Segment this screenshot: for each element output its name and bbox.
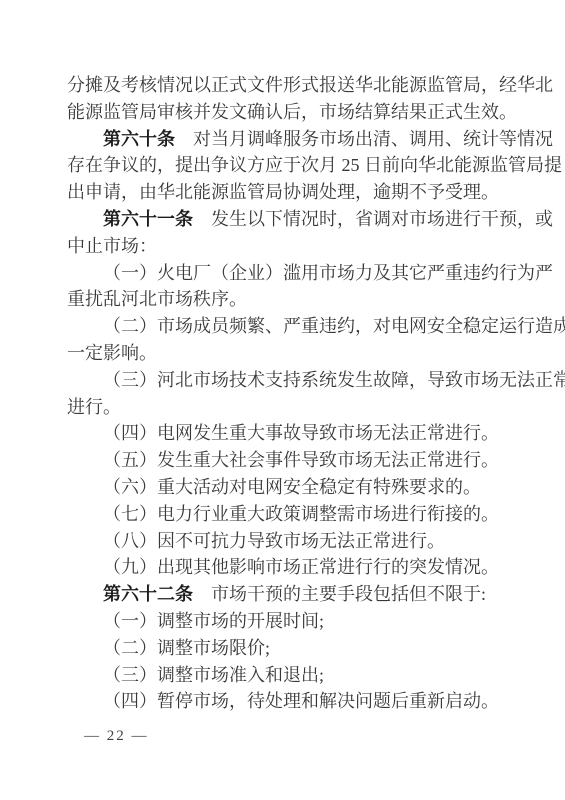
text-segment: 发生以下情况时，省调对市场进行干预，或 xyxy=(193,209,553,229)
text-segment: 重扰乱河北市场秩序。 xyxy=(67,289,247,309)
text-segment: （二）市场成员频繁、严重违约，对电网安全稳定运行造成 xyxy=(103,316,565,336)
text-segment: （四）暂停市场，待处理和解决问题后重新启动。 xyxy=(103,691,499,711)
document-body: 分摊及考核情况以正式文件形式报送华北能源监管局，经华北能源监管局审核并发文确认后… xyxy=(67,72,501,715)
text-segment: （五）发生重大社会事件导致市场无法正常进行。 xyxy=(103,450,499,470)
text-line: （七）电力行业重大政策调整需市场进行衔接的。 xyxy=(67,501,501,528)
text-line: 重扰乱河北市场秩序。 xyxy=(67,286,501,313)
text-line: （一）调整市场的开展时间; xyxy=(67,608,501,635)
text-line: （六）重大活动对电网安全稳定有特殊要求的。 xyxy=(67,474,501,501)
text-segment: 对当月调峰服务市场出清、调用、统计等情况 xyxy=(175,129,553,149)
text-segment: （一）调整市场的开展时间; xyxy=(103,611,324,631)
text-segment: （一）火电厂（企业）滥用市场力及其它严重违约行为严 xyxy=(103,263,553,283)
text-line: 第六十二条 市场干预的主要手段包括但不限于: xyxy=(67,581,501,608)
text-line: （九）出现其他影响市场正常进行行的突发情况。 xyxy=(67,554,501,581)
text-line: （三）河北市场技术支持系统发生故障，导致市场无法正常 xyxy=(67,367,501,394)
text-line: 出申请，由华北能源监管局协调处理，逾期不予受理。 xyxy=(67,179,501,206)
text-line: 存在争议的，提出争议方应于次月 25 日前向华北能源监管局提 xyxy=(67,152,501,179)
text-segment: （九）出现其他影响市场正常进行行的突发情况。 xyxy=(103,557,499,577)
text-line: 第六十条 对当月调峰服务市场出清、调用、统计等情况 xyxy=(67,126,501,153)
text-line: 中止市场： xyxy=(67,233,501,260)
text-segment: （三）河北市场技术支持系统发生故障，导致市场无法正常 xyxy=(103,370,565,390)
page-number: — 22 — xyxy=(84,728,149,745)
text-segment: （八）因不可抗力导致市场无法正常进行。 xyxy=(103,531,445,551)
text-segment: 中止市场： xyxy=(67,236,157,256)
article-heading: 第六十一条 xyxy=(103,209,193,229)
text-line: 分摊及考核情况以正式文件形式报送华北能源监管局，经华北 xyxy=(67,72,501,99)
text-segment: 出申请，由华北能源监管局协调处理，逾期不予受理。 xyxy=(67,182,499,202)
text-line: 进行。 xyxy=(67,394,501,421)
article-heading: 第六十二条 xyxy=(103,584,193,604)
text-segment: （六）重大活动对电网安全稳定有特殊要求的。 xyxy=(103,477,481,497)
text-line: （八）因不可抗力导致市场无法正常进行。 xyxy=(67,528,501,555)
text-segment: 能源监管局审核并发文确认后，市场结算结果正式生效。 xyxy=(67,102,517,122)
text-segment: （七）电力行业重大政策调整需市场进行衔接的。 xyxy=(103,504,499,524)
text-line: （五）发生重大社会事件导致市场无法正常进行。 xyxy=(67,447,501,474)
document-page: 分摊及考核情况以正式文件形式报送华北能源监管局，经华北能源监管局审核并发文确认后… xyxy=(0,0,565,800)
text-segment: 进行。 xyxy=(67,397,121,417)
text-segment: 一定影响。 xyxy=(67,343,157,363)
text-line: 一定影响。 xyxy=(67,340,501,367)
text-segment: （四）电网发生重大事故导致市场无法正常进行。 xyxy=(103,423,499,443)
text-segment: 市场干预的主要手段包括但不限于: xyxy=(193,584,486,604)
text-segment: 存在争议的，提出争议方应于次月 25 日前向华北能源监管局提 xyxy=(67,155,562,175)
text-line: （三）调整市场准入和退出; xyxy=(67,662,501,689)
text-line: （一）火电厂（企业）滥用市场力及其它严重违约行为严 xyxy=(67,260,501,287)
text-line: （四）电网发生重大事故导致市场无法正常进行。 xyxy=(67,420,501,447)
text-line: （四）暂停市场，待处理和解决问题后重新启动。 xyxy=(67,688,501,715)
text-line: 第六十一条 发生以下情况时，省调对市场进行干预，或 xyxy=(67,206,501,233)
text-segment: 分摊及考核情况以正式文件形式报送华北能源监管局，经华北 xyxy=(67,75,553,95)
text-segment: （三）调整市场准入和退出; xyxy=(103,665,324,685)
article-heading: 第六十条 xyxy=(103,129,175,149)
text-line: 能源监管局审核并发文确认后，市场结算结果正式生效。 xyxy=(67,99,501,126)
text-segment: （二）调整市场限价; xyxy=(103,638,270,658)
text-line: （二）调整市场限价; xyxy=(67,635,501,662)
text-line: （二）市场成员频繁、严重违约，对电网安全稳定运行造成 xyxy=(67,313,501,340)
